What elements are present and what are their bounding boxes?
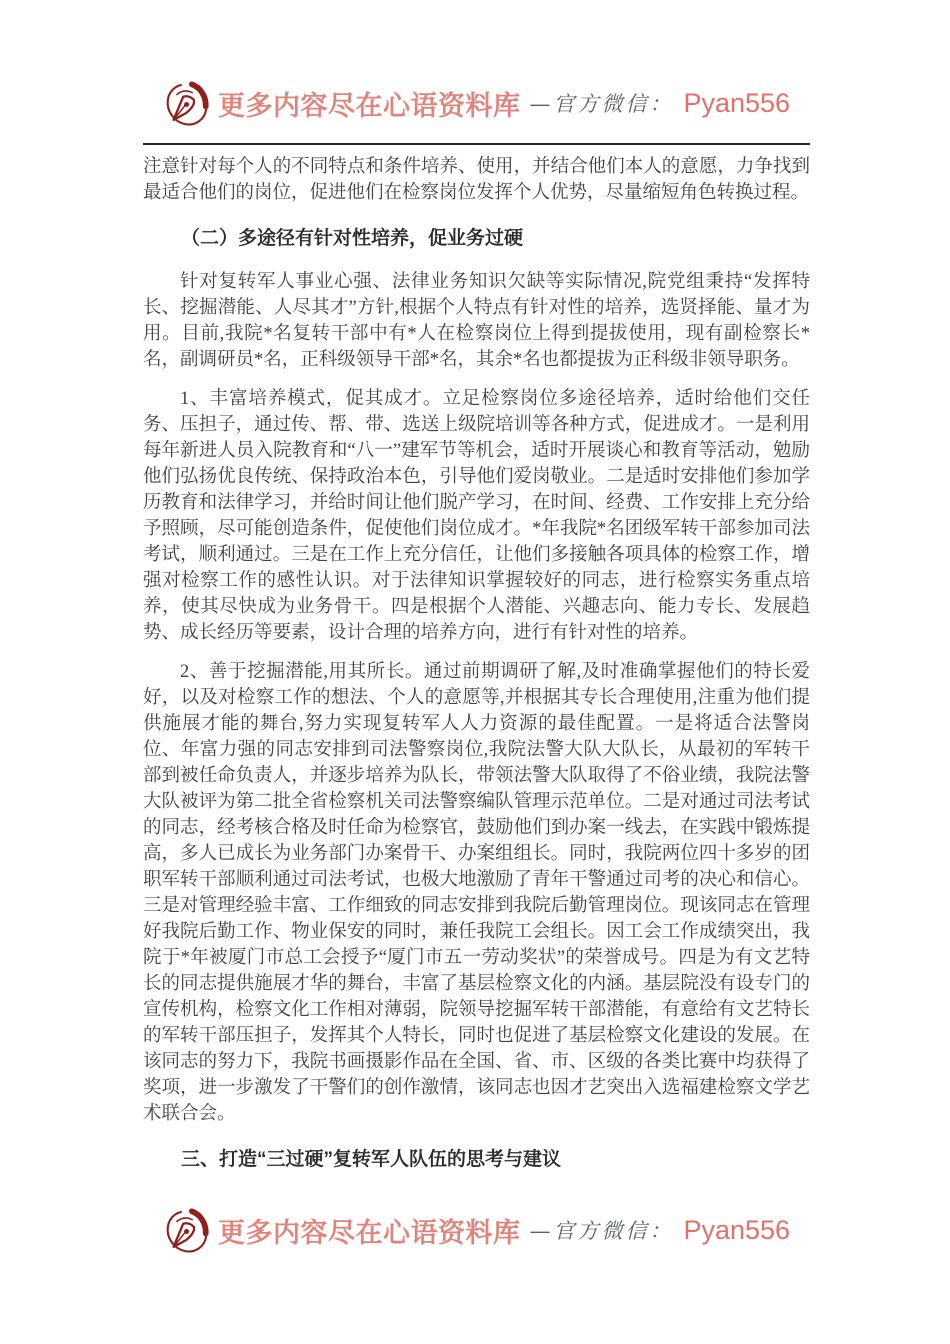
watermark-separator-text: —官方微信：: [529, 88, 673, 118]
paragraph-item-1: 1、丰富培养模式，促其成才。立足检察岗位多途径培养，适时给他们交任务、压担子，通…: [143, 386, 810, 646]
document-page: 更多内容尽在心语资料库—官方微信：Pyan556 注意针对每个人的不同特点和条件…: [0, 0, 950, 1344]
section-heading-3: 三、打造“三过硬”复转军人队伍的思考与建议: [143, 1147, 810, 1173]
paragraph: 针对复转军人事业心强、法律业务知识欠缺等实际情况,院党组秉持“发挥特长、挖掘潜能…: [143, 269, 810, 373]
header-watermark-banner: 更多内容尽在心语资料库—官方微信：Pyan556: [143, 74, 810, 132]
pen-seal-logo-icon: [163, 77, 211, 130]
footer-watermark-banner: 更多内容尽在心语资料库—官方微信：Pyan556: [143, 1201, 810, 1259]
watermark-separator-text: —官方微信：: [529, 1215, 673, 1245]
watermark-brand-text: 更多内容尽在心语资料库: [218, 1211, 521, 1250]
section-heading-2: （二）多途径有针对性培养，促业务过硬: [143, 226, 810, 252]
paragraph-item-2: 2、善于挖掘潜能,用其所长。通过前期调研了解,及时准确掌握他们的特长爱好，以及对…: [143, 659, 810, 1127]
watermark-wechat-id: Pyan556: [683, 88, 790, 119]
watermark-brand-text: 更多内容尽在心语资料库: [218, 84, 521, 123]
document-body: 注意针对每个人的不同特点和条件培养、使用，并结合他们本人的意愿，力争找到最适合他…: [143, 154, 810, 1173]
header-divider: [143, 143, 810, 145]
paragraph-continuation: 注意针对每个人的不同特点和条件培养、使用，并结合他们本人的意愿，力争找到最适合他…: [143, 154, 810, 206]
pen-seal-logo-icon: [163, 1204, 211, 1257]
watermark-wechat-id: Pyan556: [683, 1215, 790, 1246]
